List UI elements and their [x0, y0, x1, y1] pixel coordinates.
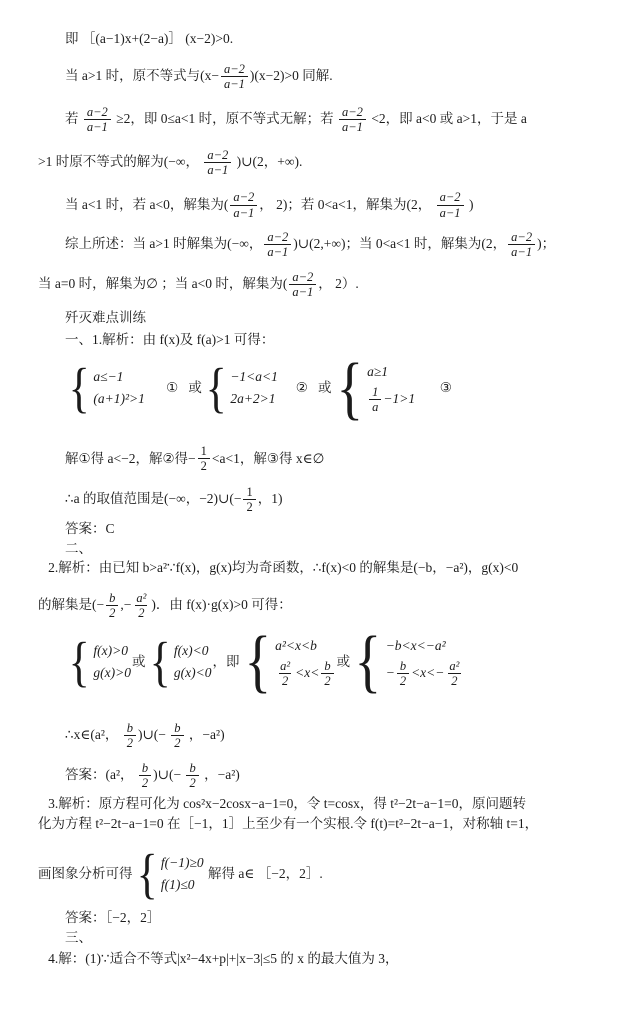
text-run: ∴x∈(a²， [65, 726, 122, 745]
cases-system: {f(x)>0g(x)>0 [66, 641, 131, 684]
left-brace: { [354, 635, 381, 690]
text-run: f(1)≤0 [161, 876, 195, 895]
text-run: ，1) [258, 490, 283, 509]
text-line: 即 ［(a−1)x+(2−a)］ (x−2)>0. [38, 30, 608, 49]
cases-row: a²2<x<b2 [275, 659, 335, 689]
fraction-numerator: a−2 [437, 190, 464, 204]
fraction-numerator: b [139, 761, 151, 775]
text-run: f(x)>0 [93, 642, 128, 661]
text-line: 画图象分析可得{f(−1)≥0f(1)≤0 解得 a∈ ［−2，2］. [38, 845, 608, 904]
fraction-numerator: a−2 [204, 148, 231, 162]
fraction: b2 [186, 761, 198, 791]
cases-row: −b2<x<−a²2 [386, 659, 465, 689]
text-run: 或 [337, 653, 351, 672]
text-line: 综上所述：当 a>1 时解集为(−∞，a−2a−1)∪(2,+∞)；当 0<a<… [38, 225, 608, 265]
cases-rows: a²<x<ba²2<x<b2 [275, 637, 335, 689]
fraction-numerator: a−2 [264, 230, 291, 244]
left-brace: { [69, 641, 90, 684]
text-line: 当 a=0 时，解集为∅ ；当 a<0 时，解集为(a−2a−1， 2）. [38, 265, 608, 305]
fraction-numerator: b [186, 761, 198, 775]
text-run: 二、 [65, 540, 92, 559]
text-run: g(x)<0 [174, 664, 212, 683]
text-run: 答案：C [65, 520, 115, 539]
fraction-denominator: 2 [139, 775, 151, 790]
fraction-denominator: a−1 [339, 119, 366, 134]
fraction: a−2a−1 [204, 148, 231, 178]
cases-system: {f(−1)≥0f(1)≤0 [134, 853, 204, 896]
text-run: )∪(− [153, 766, 184, 785]
fraction-numerator: a−2 [339, 105, 366, 119]
text-run: a≥1 [367, 363, 388, 382]
cases-rows: −1<a<12a+2>1 [230, 368, 278, 409]
left-brace: { [69, 367, 90, 410]
fraction-numerator: 1 [369, 385, 381, 399]
left-brace: { [206, 367, 227, 410]
fraction: 1a [369, 385, 381, 415]
text-run: <x< [295, 664, 319, 683]
fraction-numerator: b [397, 659, 409, 673]
text-run: (a+1)²>1 [93, 390, 145, 409]
text-run: )．由 f(x)·g(x)>0 可得： [151, 596, 291, 615]
text-run: ,− [120, 596, 131, 615]
text-run: <2，即 a<0 或 a>1，于是 a [368, 110, 527, 129]
text-line: 3.解析：原方程可化为 cos²x−2cosx−a−1=0，令 t=cosx，得… [38, 795, 608, 814]
fraction: b2 [106, 591, 118, 621]
fraction-numerator: b [171, 721, 183, 735]
fraction-denominator: a−1 [204, 162, 231, 177]
text-run: <a<1，解③得 x∈∅ [212, 450, 324, 469]
cases-row: 2a+2>1 [230, 390, 278, 409]
fraction: a−2a−1 [221, 62, 248, 92]
fraction-denominator: 2 [321, 673, 333, 688]
text-run: 三、 [65, 929, 92, 948]
text-run: ② 或 [279, 379, 332, 398]
text-run: f(−1)≥0 [161, 854, 204, 873]
fraction-denominator: a−1 [221, 76, 248, 91]
cases-rows: a≤−1(a+1)²>1 [93, 368, 145, 409]
text-run: ③ [416, 379, 452, 398]
fraction: b2 [321, 659, 333, 689]
text-run: ，−a²) [186, 726, 225, 745]
text-run: ， 2)；若 0<a<1，解集为(2， [259, 196, 434, 215]
text-run: 当 a=0 时，解集为∅ ；当 a<0 时，解集为( [38, 275, 287, 294]
cases-row: −b<x<−a² [386, 637, 465, 656]
fraction-denominator: 2 [279, 673, 291, 688]
fraction-numerator: b [321, 659, 333, 673]
fraction: b2 [397, 659, 409, 689]
text-run: 综上所述：当 a>1 时解集为(−∞， [65, 235, 262, 254]
fraction-numerator: b [106, 591, 118, 605]
text-line: 化为方程 t²−2t−a−1=0 在［−1，1］上至少有一个实根.令 f(t)=… [38, 815, 608, 834]
fraction: b2 [139, 761, 151, 791]
text-run: ≥2，即 0≤a<1 时，原不等式无解；若 [113, 110, 337, 129]
cases-system: {a²<x<ba²2<x<b2 [241, 635, 336, 690]
text-line: 三、 [38, 929, 608, 948]
fraction-denominator: a−1 [437, 205, 464, 220]
fraction-numerator: b [124, 721, 136, 735]
text-run: 或 [132, 653, 146, 672]
fraction-denominator: 2 [243, 499, 255, 514]
document-page: 即 ［(a−1)x+(2−a)］ (x−2)>0.当 a>1 时，原不等式与(x… [0, 0, 642, 1013]
cases-rows: a≥11a−1>1 [367, 363, 415, 415]
text-line: 答案：［−2，2］ [38, 909, 608, 928]
text-run: −b<x<−a² [386, 637, 446, 656]
fraction-denominator: 2 [124, 735, 136, 750]
text-run: − [386, 664, 395, 683]
text-line: 一、1.解析：由 f(x)及 f(a)>1 可得： [38, 331, 608, 350]
fraction: a−2a−1 [437, 190, 464, 220]
cases-rows: f(x)>0g(x)>0 [93, 642, 131, 683]
text-run: 解得 a∈ ［−2，2］. [205, 865, 323, 884]
cases-row: f(1)≤0 [161, 876, 204, 895]
fraction: a−2a−1 [230, 190, 257, 220]
text-run: f(x)<0 [174, 642, 209, 661]
fraction-numerator: a² [277, 659, 293, 673]
text-run: 化为方程 t²−2t−a−1=0 在［−1，1］上至少有一个实根.令 f(t)=… [38, 815, 538, 834]
text-run: −1>1 [383, 390, 415, 409]
cases-rows: −b<x<−a²−b2<x<−a²2 [386, 637, 465, 689]
text-run: g(x)>0 [93, 664, 131, 683]
fraction-denominator: 2 [397, 673, 409, 688]
cases-system: {−b<x<−a²−b2<x<−a²2 [351, 635, 464, 690]
cases-system: {−1<a<12a+2>1 [203, 367, 278, 410]
text-run: 解①得 a<−2，解②得− [65, 450, 196, 469]
fraction-numerator: a−2 [289, 270, 316, 284]
fraction-denominator: a−1 [289, 284, 316, 299]
text-run: 答案：［−2，2］ [65, 909, 160, 928]
text-run: )∪(2，+∞). [233, 153, 302, 172]
fraction-denominator: 2 [198, 458, 210, 473]
fraction: a−2a−1 [264, 230, 291, 260]
text-run: >1 时原不等式的解为(−∞， [38, 153, 202, 172]
cases-row: a²<x<b [275, 637, 335, 656]
text-run: ∴a 的取值范围是(−∞，−2)∪(− [65, 490, 241, 509]
text-run: 3.解析：原方程可化为 cos²x−2cosx−a−1=0，令 t=cosx，得… [38, 795, 526, 814]
text-run: ，即 [213, 653, 240, 672]
text-line: 解①得 a<−2，解②得−12<a<1，解③得 x∈∅ [38, 439, 608, 479]
fraction-numerator: 1 [243, 485, 255, 499]
text-line: 答案：(a²， b2)∪(− b2 ，−a²) [38, 756, 608, 796]
fraction: a−2a−1 [289, 270, 316, 300]
cases-row: −1<a<1 [230, 368, 278, 387]
cases-row: (a+1)²>1 [93, 390, 145, 409]
fraction-denominator: 2 [106, 605, 118, 620]
fraction: 12 [243, 485, 255, 515]
left-brace: { [336, 362, 363, 417]
fraction-denominator: a−1 [84, 119, 111, 134]
text-line: 歼灭难点训练 [38, 309, 608, 328]
cases-row: f(x)<0 [174, 642, 212, 661]
cases-row: f(x)>0 [93, 642, 131, 661]
text-line: 2.解析：由已知 b>a²∵f(x)，g(x)均为奇函数，∴f(x)<0 的解集… [38, 559, 608, 578]
fraction: a²2 [446, 659, 462, 689]
fraction-denominator: a [369, 399, 381, 414]
fraction: a−2a−1 [508, 230, 535, 260]
cases-system: {a≥11a−1>1 [333, 362, 416, 417]
text-run: )； [537, 235, 555, 254]
fraction-numerator: a−2 [221, 62, 248, 76]
text-line: {f(x)>0g(x)>0或{f(x)<0g(x)<0，即{a²<x<ba²2<… [38, 627, 608, 698]
text-line: 的解集是(−b2,−a²2)．由 f(x)·g(x)>0 可得： [38, 586, 608, 626]
text-run: 当 a<1 时，若 a<0，解集为( [65, 196, 228, 215]
left-brace: { [244, 635, 271, 690]
text-run: ① 或 [146, 379, 202, 398]
fraction-numerator: a² [133, 591, 149, 605]
fraction-denominator: 2 [186, 775, 198, 790]
fraction-denominator: a−1 [230, 205, 257, 220]
left-brace: { [149, 641, 170, 684]
cases-row: a≥1 [367, 363, 415, 382]
text-run: −1<a<1 [230, 368, 278, 387]
text-run: ，−a²) [201, 766, 240, 785]
text-line: 二、 [38, 540, 608, 559]
text-run: ， 2）. [318, 275, 359, 294]
text-run: 歼灭难点训练 [65, 309, 146, 328]
text-line: ∴x∈(a²， b2)∪(− b2 ，−a²) [38, 716, 608, 756]
fraction-numerator: a² [446, 659, 462, 673]
text-run: 2.解析：由已知 b>a²∵f(x)，g(x)均为奇函数，∴f(x)<0 的解集… [38, 559, 518, 578]
fraction-denominator: a−1 [264, 244, 291, 259]
cases-row: f(−1)≥0 [161, 854, 204, 873]
fraction-numerator: 1 [198, 444, 210, 458]
text-line: {a≤−1(a+1)²>1 ① 或{−1<a<12a+2>1 ② 或{a≥11a… [38, 354, 608, 425]
fraction: b2 [124, 721, 136, 751]
fraction: 12 [198, 444, 210, 474]
text-run: 4.解：(1)∵适合不等式|x²−4x+p|+|x−3|≤5 的 x 的最大值为… [38, 950, 399, 969]
left-brace: { [136, 853, 157, 896]
text-run: 2a+2>1 [230, 390, 275, 409]
text-run: 若 [65, 110, 82, 129]
text-run: a²<x<b [275, 637, 317, 656]
text-run: <x<− [411, 664, 444, 683]
text-run: )(x−2)>0 同解. [250, 67, 333, 86]
text-run: 答案：(a²， [65, 766, 137, 785]
text-run: 即 ［(a−1)x+(2−a)］ (x−2)>0. [65, 30, 233, 49]
cases-row: 1a−1>1 [367, 385, 415, 415]
cases-row: a≤−1 [93, 368, 145, 387]
text-run: 当 a>1 时，原不等式与(x− [65, 67, 219, 86]
text-line: >1 时原不等式的解为(−∞， a−2a−1 )∪(2，+∞). [38, 143, 608, 183]
cases-rows: f(−1)≥0f(1)≤0 [161, 854, 204, 895]
text-run: )∪(2,+∞)；当 0<a<1 时，解集为(2， [293, 235, 506, 254]
fraction-denominator: 2 [448, 673, 460, 688]
text-run: a≤−1 [93, 368, 123, 387]
text-run: 的解集是(− [38, 596, 104, 615]
fraction: a−2a−1 [339, 105, 366, 135]
text-line: 答案：C [38, 520, 608, 539]
text-run: )∪(− [138, 726, 169, 745]
fraction: a²2 [277, 659, 293, 689]
cases-rows: f(x)<0g(x)<0 [174, 642, 212, 683]
fraction: a²2 [133, 591, 149, 621]
fraction-denominator: 2 [171, 735, 183, 750]
text-run: 画图象分析可得 [38, 865, 133, 884]
cases-row: g(x)<0 [174, 664, 212, 683]
text-run: 一、1.解析：由 f(x)及 f(a)>1 可得： [65, 331, 274, 350]
text-line: 当 a<1 时，若 a<0，解集为(a−2a−1， 2)；若 0<a<1，解集为… [38, 185, 608, 225]
fraction: b2 [171, 721, 183, 751]
fraction: a−2a−1 [84, 105, 111, 135]
fraction-denominator: a−1 [508, 244, 535, 259]
text-line: 若 a−2a−1 ≥2，即 0≤a<1 时，原不等式无解；若 a−2a−1 <2… [38, 100, 608, 140]
fraction-numerator: a−2 [508, 230, 535, 244]
cases-row: g(x)>0 [93, 664, 131, 683]
fraction-numerator: a−2 [84, 105, 111, 119]
text-line: 当 a>1 时，原不等式与(x−a−2a−1)(x−2)>0 同解. [38, 57, 608, 97]
cases-system: {a≤−1(a+1)²>1 [66, 367, 145, 410]
text-line: 4.解：(1)∵适合不等式|x²−4x+p|+|x−3|≤5 的 x 的最大值为… [38, 950, 608, 969]
fraction-numerator: a−2 [230, 190, 257, 204]
fraction-denominator: 2 [135, 605, 147, 620]
text-run: ) [466, 196, 474, 215]
cases-system: {f(x)<0g(x)<0 [147, 641, 212, 684]
text-line: ∴a 的取值范围是(−∞，−2)∪(−12，1) [38, 480, 608, 520]
